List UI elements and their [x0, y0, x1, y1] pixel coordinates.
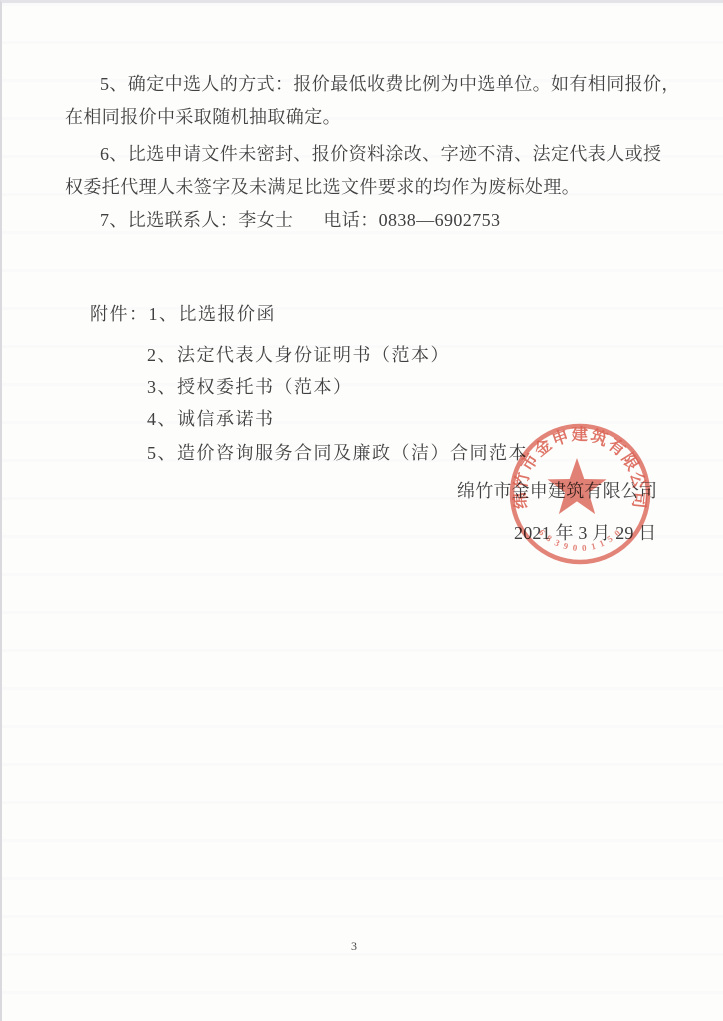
- clause-6-line-1: 6、比选申请文件未密封、报价资料涂改、字迹不清、法定代表人或授: [100, 143, 661, 165]
- page-number: 3: [351, 939, 357, 954]
- svg-text:6839001150: 6839001150: [537, 527, 623, 553]
- attachment-item-3: 3、授权委托书（范本）: [147, 376, 353, 398]
- clause-6-line-2: 权委托代理人未签字及未满足比选文件要求的均作为废标处理。: [65, 176, 580, 198]
- company-seal-stamp: 绵竹市金申建筑有限公司 6839001150: [495, 409, 665, 579]
- stamp-serial-number: 6839001150: [537, 527, 623, 553]
- clause-7-phone: 电话：0838—6902753: [323, 210, 500, 230]
- clause-7-contact: 7、比选联系人：李女士: [100, 210, 293, 230]
- attachment-item-4: 4、诚信承诺书: [147, 408, 275, 430]
- attachment-item-1: 1、比选报价函: [149, 304, 277, 324]
- attachment-item-2: 2、法定代表人身份证明书（范本）: [147, 344, 450, 366]
- attachments-label: 附件：: [90, 304, 149, 324]
- clause-7-line: 7、比选联系人：李女士电话：0838—6902753: [100, 209, 500, 231]
- attachment-item-5: 5、造价咨询服务合同及廉政（洁）合同范本: [147, 442, 528, 464]
- clause-5-line-2: 在相同报价中采取随机抽取确定。: [65, 106, 341, 128]
- stamp-star-icon: [548, 458, 607, 514]
- clause-5-line-1: 5、确定中选人的方式：报价最低收费比例为中选单位。如有相同报价，: [100, 73, 680, 95]
- document-page: 5、确定中选人的方式：报价最低收费比例为中选单位。如有相同报价， 在相同报价中采…: [0, 0, 723, 1021]
- attachments-line-1: 附件：1、比选报价函: [90, 303, 276, 325]
